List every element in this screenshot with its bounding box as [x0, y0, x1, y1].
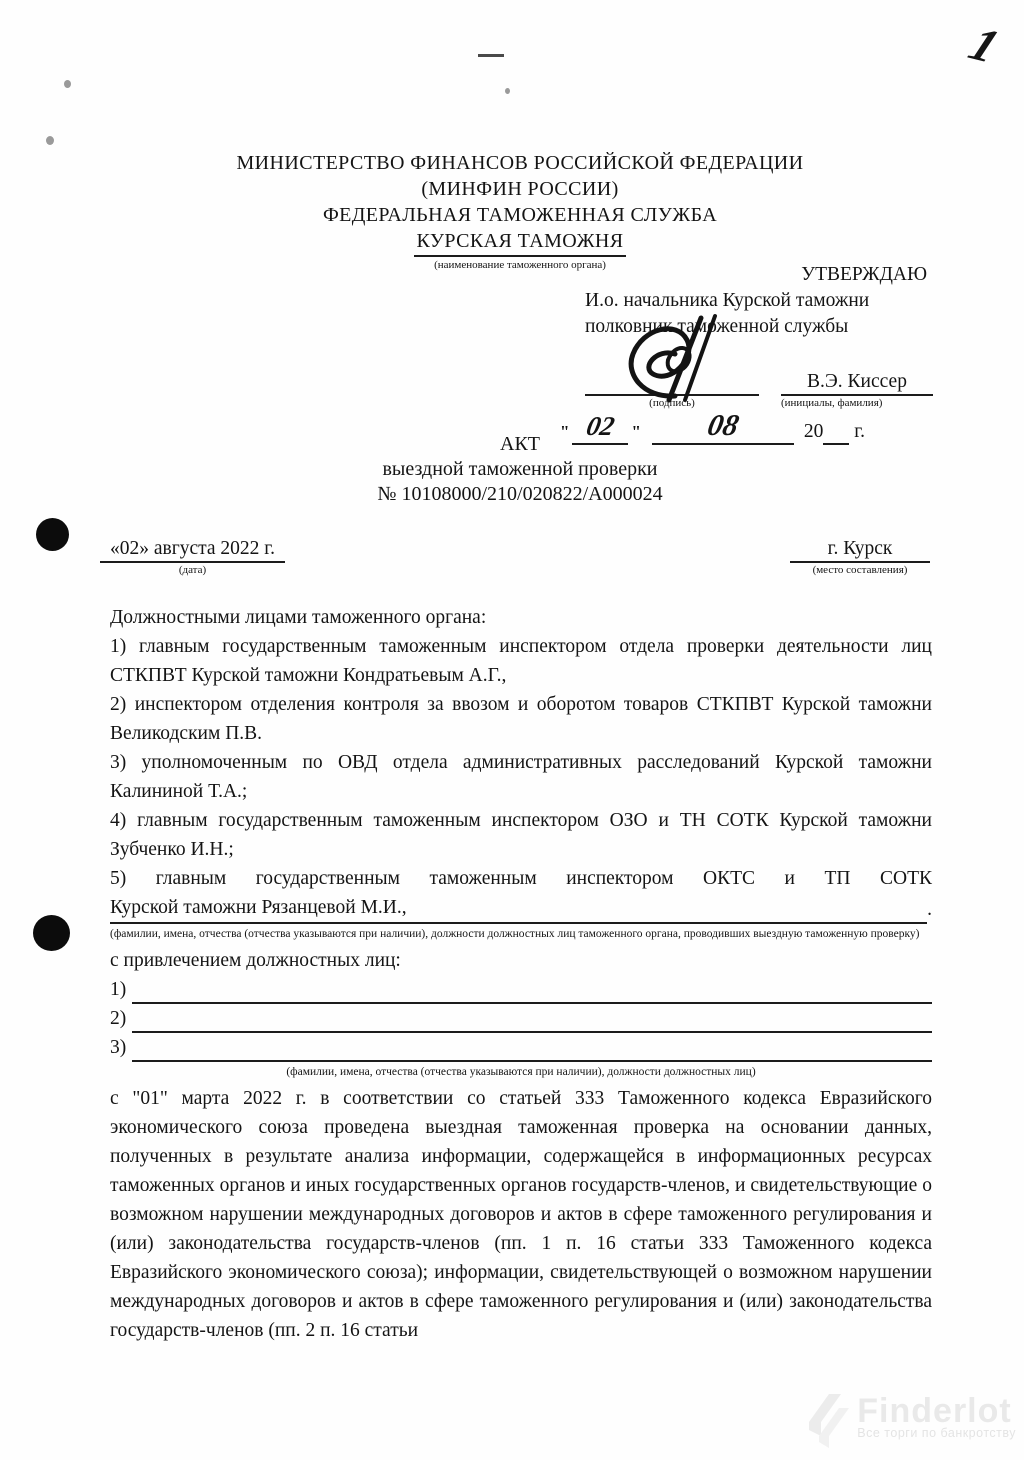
scan-artifact-speck — [505, 88, 510, 94]
ministry-line-1: МИНИСТЕРСТВО ФИНАНСОВ РОССИЙСКОЙ ФЕДЕРАЦ… — [110, 150, 930, 176]
ministry-line-3: ФЕДЕРАЛЬНАЯ ТАМОЖЕННАЯ СЛУЖБА — [110, 202, 930, 228]
engaged-blank-row-1: 1) — [110, 975, 932, 1004]
blank-line — [132, 976, 932, 1004]
scan-artifact-dash — [478, 54, 504, 57]
act-title-block: АКТ выездной таможенной проверки № 10108… — [110, 432, 930, 507]
act-place-caption: (место составления) — [790, 563, 930, 578]
official-item-3: 3) уполномоченным по ОВД отдела админист… — [110, 748, 932, 806]
act-number: № 10108000/210/020822/А000024 — [110, 482, 930, 507]
approver-position-line-1: И.о. начальника Курской таможни — [585, 288, 933, 314]
official-item-5: 5) главным государственным таможенным ин… — [110, 864, 932, 893]
engaged-label-2: 2) — [110, 1004, 132, 1033]
last-official-name: Курской таможни Рязанцевой М.И., — [110, 893, 407, 924]
act-place: г. Курск — [790, 538, 930, 563]
engaged-blank-row-3: 3) — [110, 1033, 932, 1062]
blank-line — [407, 896, 928, 924]
signature-line — [585, 384, 759, 396]
date-place-row: «02» августа 2022 г. (дата) г. Курск (ме… — [100, 538, 930, 578]
approval-title: УТВЕРЖДАЮ — [585, 262, 933, 288]
trailing-period: . — [927, 895, 932, 924]
act-subtitle: выездной таможенной проверки — [110, 457, 930, 482]
approver-name: В.Э. Киссер — [781, 370, 933, 396]
approval-block: УТВЕРЖДАЮ И.о. начальника Курской таможн… — [585, 262, 933, 445]
scan-artifact-speck — [46, 136, 54, 145]
act-title: АКТ — [110, 432, 930, 457]
act-date: «02» августа 2022 г. — [100, 538, 285, 563]
ministry-line-2: (МИНФИН РОССИИ) — [110, 176, 930, 202]
document-body: Должностными лицами таможенного органа: … — [110, 603, 932, 1345]
act-date-caption: (дата) — [100, 563, 285, 578]
finderlot-logo-icon — [799, 1388, 851, 1448]
hole-punch-mark — [33, 915, 70, 951]
hole-punch-mark — [36, 518, 69, 551]
inspection-paragraph: с "01" марта 2022 г. в соответствии со с… — [110, 1084, 932, 1345]
blank-line — [132, 1034, 932, 1062]
customs-office-name: КУРСКАЯ ТАМОЖНЯ — [414, 228, 625, 257]
officials-intro: Должностными лицами таможенного органа: — [110, 603, 932, 632]
scan-artifact-speck — [64, 80, 71, 88]
engaged-intro: с привлечением должностных лиц: — [110, 946, 932, 975]
official-item-1: 1) главным государственным таможенным ин… — [110, 632, 932, 690]
engaged-label-3: 3) — [110, 1033, 132, 1062]
name-caption: (инициалы, фамилия) — [781, 396, 933, 411]
finderlot-watermark: Finderlot Все торги по банкротству — [799, 1388, 1016, 1448]
engaged-caption: (фамилии, имена, отчества (отчества указ… — [110, 1064, 932, 1080]
blank-line — [132, 1005, 932, 1033]
handwritten-page-number: 1 — [961, 17, 1007, 74]
officials-caption: (фамилии, имена, отчества (отчества указ… — [110, 926, 932, 942]
official-item-4: 4) главным государственным таможенным ин… — [110, 806, 932, 864]
ministry-header: МИНИСТЕРСТВО ФИНАНСОВ РОССИЙСКОЙ ФЕДЕРАЦ… — [110, 150, 930, 273]
watermark-tagline: Все торги по банкротству — [857, 1426, 1016, 1440]
approver-position-line-2: полковник таможенной службы — [585, 314, 933, 340]
engaged-label-1: 1) — [110, 975, 132, 1004]
engaged-blank-row-2: 2) — [110, 1004, 932, 1033]
official-item-5-continuation: Курской таможни Рязанцевой М.И., . — [110, 893, 932, 924]
document-page: 1 МИНИСТЕРСТВО ФИНАНСОВ РОССИЙСКОЙ ФЕДЕР… — [0, 0, 1024, 1460]
official-item-2: 2) инспектором отделения контроля за вво… — [110, 690, 932, 748]
watermark-brand: Finderlot — [857, 1396, 1016, 1426]
